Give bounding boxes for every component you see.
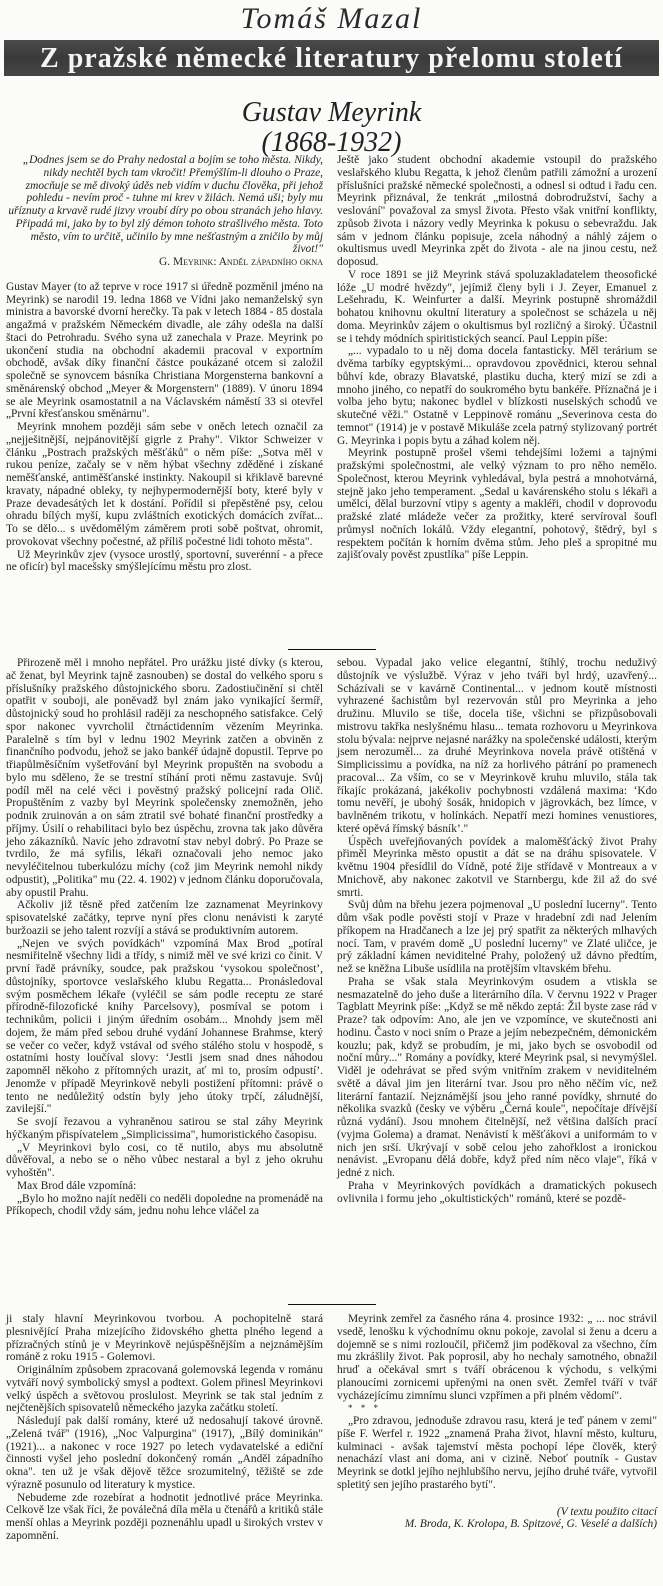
column-middle-left: Přirozeně měl i mnoho nepřátel. Pro uráž…	[6, 657, 323, 1218]
paragraph: Max Brod dále vzpomíná:	[6, 1180, 323, 1193]
column-upper-left: „Dodnes jsem se do Prahy nedostal a bojí…	[6, 154, 323, 574]
paragraph: Ačkoliv již těsně před zatčením lze zazn…	[6, 899, 323, 937]
paragraph: „... vypadalo to u něj doma docela fanta…	[337, 345, 657, 447]
paragraph: „Pro zdravou, jednoduše zdravou rasu, kt…	[337, 1415, 657, 1492]
paragraph: Ještě jako student obchodní akademie vst…	[337, 154, 657, 269]
section-divider	[288, 649, 376, 650]
paragraph: Se svojí řezavou a vyhraněnou satirou se…	[6, 1116, 323, 1142]
section-stars: * * *	[337, 1402, 657, 1415]
motto-quote: „Dodnes jsem se do Prahy nedostal a bojí…	[6, 154, 323, 256]
paragraph: Praha se však stala Meyrinkovým osudem a…	[337, 976, 657, 1180]
paragraph: Nebudeme zde rozebírat a hodnotit jednot…	[6, 1492, 323, 1543]
paragraph: Meyrink postupně prošel všemi tehdejšími…	[337, 447, 657, 562]
citation-credit: (V textu použito citací M. Broda, K. Kro…	[337, 1506, 657, 1532]
paragraph: Meyrink zemřel za časného rána 4. prosin…	[337, 1313, 657, 1402]
series-title-banner: Z pražské německé literatury přelomu sto…	[4, 40, 659, 76]
paragraph: Praha v Meyrinkových povídkách a dramati…	[337, 1180, 657, 1206]
article-heading: Gustav Meyrink (1868-1932)	[0, 98, 663, 158]
author-name: Tomáš Mazal	[0, 2, 663, 36]
paragraph: ji staly hlavní Meyrinkovou tvorbou. A p…	[6, 1313, 323, 1364]
paragraph: Originálním způsobem zpracovaná golemovs…	[6, 1364, 323, 1415]
paragraph: Meyrink mnohem později sám sebe v oněch …	[6, 421, 323, 549]
paragraph: Následují pak další romány, které už ned…	[6, 1415, 323, 1492]
paragraph: „Nejen ve svých povídkách" vzpomíná Max …	[6, 938, 323, 1117]
motto-source: G. Meyrink: Anděl západního okna	[6, 256, 323, 269]
paragraph: „Bylo ho možno najít neděli co neděli do…	[6, 1193, 323, 1219]
section-divider	[288, 1304, 376, 1305]
credit-line-2: M. Broda, K. Krolopa, B. Spitzové, G. Ve…	[405, 1518, 657, 1530]
column-middle-right: sebou. Vypadal jako velice elegantní, št…	[337, 657, 657, 1205]
paragraph: „V Meyrinkovi bylo cosi, co tě nutilo, a…	[6, 1142, 323, 1180]
credit-line-1: (V textu použito citací	[557, 1506, 657, 1518]
motto-text: „Dodnes jsem se do Prahy nedostal a bojí…	[6, 154, 323, 256]
column-upper-right: Ještě jako student obchodní akademie vst…	[337, 154, 657, 562]
subject-name: Gustav Meyrink	[0, 98, 663, 128]
column-lower-left: ji staly hlavní Meyrinkovou tvorbou. A p…	[6, 1313, 323, 1543]
paragraph: Gustav Mayer (to až teprve v roce 1917 s…	[6, 281, 323, 421]
paragraph: Přirozeně měl i mnoho nepřátel. Pro uráž…	[6, 657, 323, 899]
paragraph: V roce 1891 se již Meyrink stává spoluza…	[337, 269, 657, 346]
paragraph: Už Meyrinkův zjev (vysoce urostlý, sport…	[6, 549, 323, 575]
paragraph: sebou. Vypadal jako velice elegantní, št…	[337, 657, 657, 836]
column-lower-right: Meyrink zemřel za časného rána 4. prosin…	[337, 1313, 657, 1531]
paragraph: Svůj dům na břehu jezera pojmenoval „U p…	[337, 899, 657, 976]
paragraph: Úspěch uveřejňovaných povídek a maloměšť…	[337, 836, 657, 900]
